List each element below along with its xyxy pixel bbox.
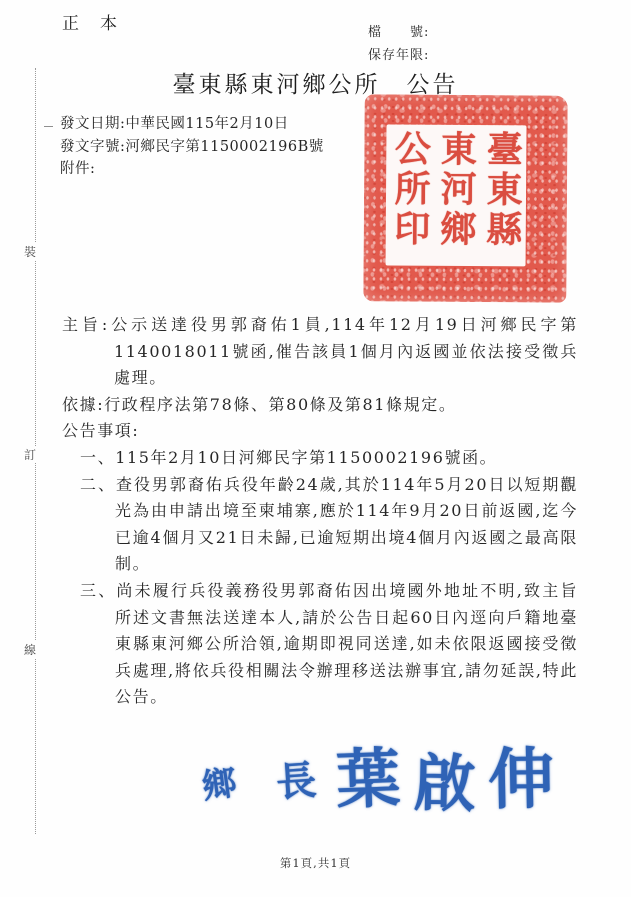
item-marker: 三、 [80, 581, 116, 600]
meta-block: 發文日期:中華民國115年2月10日 發文字號:河鄉民字第1150002196B… [60, 113, 324, 181]
announcement-item-1: 一、115年2月10日河鄉民字第1150002196號函。 [80, 445, 578, 472]
binding-mark-zhuang: 裝 [22, 243, 38, 260]
registration-dash [44, 126, 53, 127]
subject-clause: 主旨:公示送達役男郭裔佑1員,114年12月19日河鄉民字第1140018011… [62, 312, 578, 392]
signature-title-char: 鄉 [199, 755, 239, 808]
official-announcement-page: 裝 訂 線 正 本 檔 號: 保存年限: 臺東縣東河鄉公所 公告 發文日期:中華… [0, 0, 631, 897]
file-number-block: 檔 號: 保存年限: [368, 21, 429, 67]
issue-date: 發文日期:中華民國115年2月10日 [60, 113, 324, 136]
signature-name-char: 葉 [334, 727, 401, 821]
announcement-item-2: 二、查役男郭裔佑兵役年齡24歲,其於114年5月20日以短期觀光為由申請出境至柬… [80, 472, 578, 578]
binding-mark-xian: 線 [22, 641, 38, 658]
item-text: 查役男郭裔佑兵役年齡24歲,其於114年5月20日以短期觀光為由申請出境至柬埔寨… [115, 475, 578, 574]
mayor-signature-stamp: 鄉 長 葉 啟 伸 [196, 724, 546, 852]
file-number-label: 檔 號: [368, 21, 429, 44]
seal-column-2: 東河鄉 [433, 129, 480, 261]
doc-number: 發文字號:河鄉民字第1150002196B號 [60, 136, 324, 159]
attachment-label: 附件: [60, 158, 324, 181]
official-seal-inner: 臺東縣 東河鄉 公所印 [386, 124, 527, 266]
basis-clause: 依據:行政程序法第78條、第80條及第81條規定。 [62, 392, 578, 419]
seal-column-3: 公所印 [387, 129, 434, 261]
announcement-body: 主旨:公示送達役男郭裔佑1員,114年12月19日河鄉民字第1140018011… [62, 312, 578, 711]
basis-label: 依據: [62, 395, 104, 414]
page-title: 臺東縣東河鄉公所 公告 [0, 66, 631, 99]
retention-period-label: 保存年限: [368, 44, 429, 67]
item-text: 尚未履行兵役義務役男郭裔佑因出境國外地址不明,致主旨所述文書無法送達本人,請於公… [115, 581, 578, 706]
signature-title-char: 長 [274, 749, 318, 809]
seal-column-1: 臺東縣 [479, 130, 526, 262]
page-number: 第1頁,共1頁 [0, 855, 631, 871]
item-text: 115年2月10日河鄉民字第1150002196號函。 [115, 448, 497, 467]
binding-mark-ding: 訂 [22, 446, 38, 463]
copy-type-label: 正 本 [62, 9, 119, 34]
subject-label: 主旨: [62, 315, 109, 334]
announcement-item-3: 三、尚未履行兵役義務役男郭裔佑因出境國外地址不明,致主旨所述文書無法送達本人,請… [80, 578, 578, 711]
subject-text: 公示送達役男郭裔佑1員,114年12月19日河鄉民字第1140018011號函,… [109, 315, 578, 387]
item-marker: 一、 [80, 448, 115, 467]
signature-name-char: 啟 [413, 733, 477, 823]
basis-text: 行政程序法第78條、第80條及第81條規定。 [104, 395, 456, 414]
official-seal-text: 臺東縣 東河鄉 公所印 [387, 129, 526, 262]
item-marker: 二、 [80, 475, 116, 494]
official-seal-stamp-icon: 臺東縣 東河鄉 公所印 [363, 94, 567, 302]
items-heading: 公告事項: [62, 418, 578, 445]
signature-name-char: 伸 [487, 725, 555, 821]
